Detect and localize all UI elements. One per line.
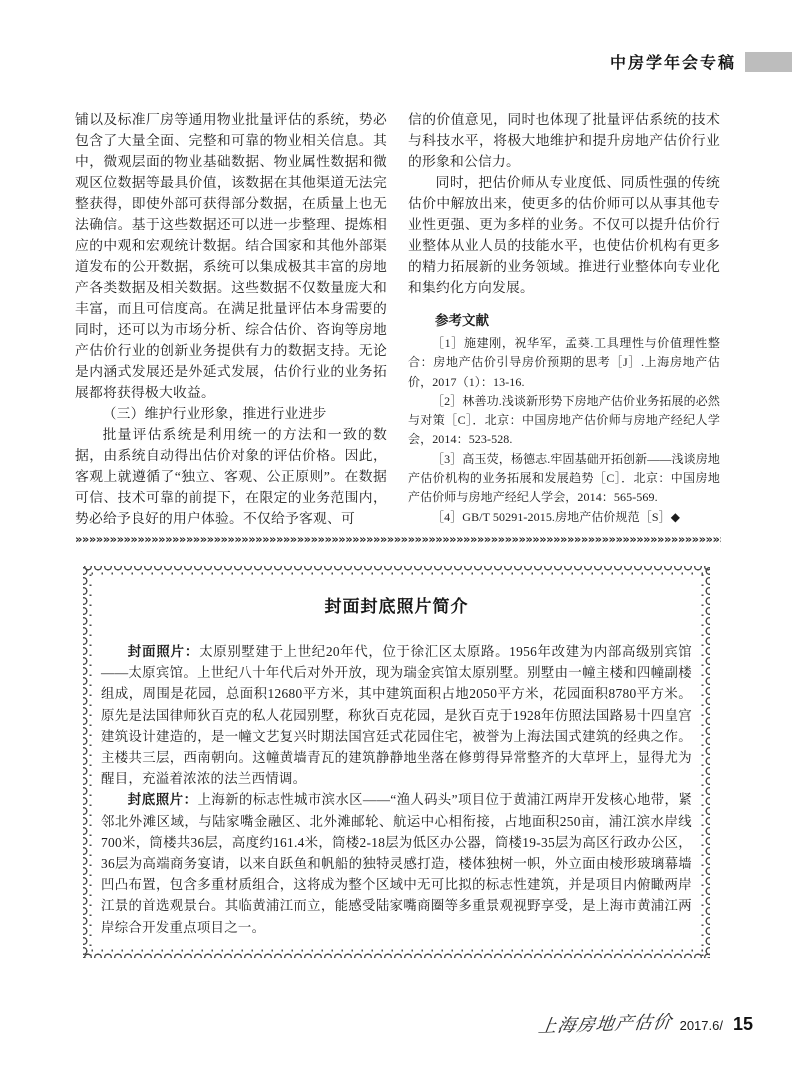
intro-box: 封面封底照片简介 封面照片：太原别墅建于上世纪20年代，位于徐汇区太原路。195…: [83, 566, 710, 958]
reference-entry: ［3］高玉荧，杨德志.牢固基础开拓创新——浅谈房地产估价机构的业务拓展和发展趋势…: [408, 450, 720, 508]
intro-paragraph: 封底照片：上海新的标志性城市滨水区——“渔人码头”项目位于黄浦江两岸开发核心地带…: [101, 789, 692, 937]
column-tag-title: 中房学年会专稿: [610, 50, 736, 73]
article-columns: 铺以及标准厂房等通用物业批量评估的系统，势必包含了大量全面、完整和可靠的物业相关…: [75, 109, 721, 529]
issue-label: 2017.6/: [680, 1018, 723, 1033]
box-border-top: [83, 566, 710, 577]
paragraph-lead: 封底照片：: [128, 792, 198, 807]
paragraph: 信的价值意见，同时也体现了批量评估系统的技术与科技水平，将极大地维护和提升房地产…: [408, 109, 720, 172]
references-section: 参考文献 ［1］施建刚，祝华军，孟葵.工具理性与价值理性整合：房地产估价引导房价…: [408, 309, 720, 527]
journal-page: 中房学年会专稿 铺以及标准厂房等通用物业批量评估的系统，势必包含了大量全面、完整…: [0, 0, 794, 1077]
intro-box-paragraphs: 封面照片：太原别墅建于上世纪20年代，位于徐汇区太原路。1956年改建为内部高级…: [101, 641, 692, 938]
intro-paragraph: 封面照片：太原别墅建于上世纪20年代，位于徐汇区太原路。1956年改建为内部高级…: [101, 641, 692, 789]
paragraph: 批量评估系统是利用统一的方法和一致的数据，由系统自动得出估价对象的评估价格。因此…: [75, 424, 387, 529]
right-column: 信的价值意见，同时也体现了批量评估系统的技术与科技水平，将极大地维护和提升房地产…: [408, 109, 720, 529]
left-column: 铺以及标准厂房等通用物业批量评估的系统，势必包含了大量全面、完整和可靠的物业相关…: [75, 109, 387, 529]
journal-logo: 上海房地产估价: [536, 1008, 673, 1039]
header-accent-block: [745, 52, 792, 72]
reference-entry: ［1］施建刚，祝华军，孟葵.工具理性与价值理性整合：房地产估价引导房价预期的思考…: [408, 334, 720, 392]
paragraph: （三）维护行业形象，推进行业进步: [75, 403, 387, 424]
paragraph-lead: 封面照片：: [128, 644, 199, 659]
right-column-paragraphs: 信的价值意见，同时也体现了批量评估系统的技术与科技水平，将极大地维护和提升房地产…: [408, 109, 720, 298]
page-header: 中房学年会专稿: [610, 50, 794, 73]
box-border-bottom: [83, 947, 710, 958]
intro-box-content: 封面封底照片简介 封面照片：太原别墅建于上世纪20年代，位于徐汇区太原路。195…: [94, 577, 699, 947]
box-border-right: [699, 566, 710, 958]
paragraph: 同时，把估价师从专业度低、同质性强的传统估价中解放出来，使更多的估价师可以从事其…: [408, 172, 720, 298]
reference-entry: ［2］林善功.浅谈新形势下房地产估价业务拓展的必然与对策［C］．北京：中国房地产…: [408, 392, 720, 450]
references-list: ［1］施建刚，祝华军，孟葵.工具理性与价值理性整合：房地产估价引导房价预期的思考…: [408, 334, 720, 527]
page-footer: 上海房地产估价 2017.6/ 15: [539, 1010, 753, 1036]
reference-entry: ［4］GB/T 50291-2015.房地产估价规范［S］◆: [408, 508, 720, 527]
page-number: 15: [733, 1014, 753, 1035]
references-heading: 参考文献: [408, 309, 720, 329]
box-border-left: [83, 566, 94, 958]
paragraph: 铺以及标准厂房等通用物业批量评估的系统，势必包含了大量全面、完整和可靠的物业相关…: [75, 109, 387, 403]
intro-box-title: 封面封底照片简介: [101, 592, 692, 617]
chevron-separator: »»»»»»»»»»»»»»»»»»»»»»»»»»»»»»»»»»»»»»»»…: [75, 532, 721, 546]
